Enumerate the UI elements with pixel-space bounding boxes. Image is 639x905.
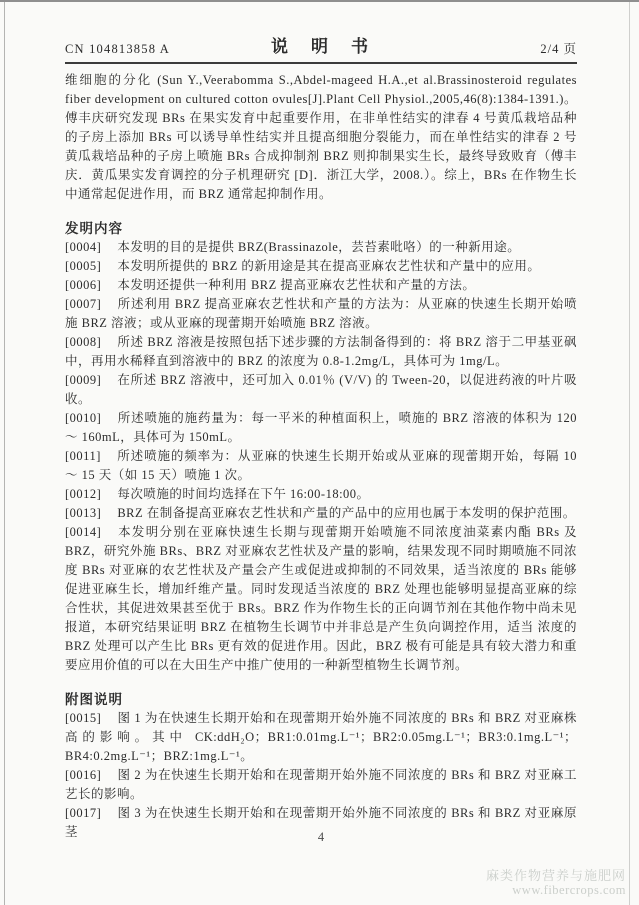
paragraph-0012: [0012]每次喷施的时间均选择在下午 16:00-18:00。: [65, 485, 577, 504]
paragraph-0010: [0010]所述喷施的施药量为：每一平米的种植面积上，喷施的 BRZ 溶液的体积…: [65, 409, 577, 447]
paragraph-text: 本发明所提供的 BRZ 的新用途是其在提高亚麻农艺性状和产量中的应用。: [117, 259, 540, 273]
document-body: 维细胞的分化 (Sun Y.,Veerabomma S.,Abdel-magee…: [65, 71, 577, 842]
page-content: CN 104813858 A 说 明 书 2/4 页 维细胞的分化 (Sun Y…: [65, 32, 577, 842]
paragraph-text: BRZ 在制备提高亚麻农艺性状和产量的产品中的应用也属于本发明的保护范围。: [117, 506, 575, 520]
paragraph-number: [0013]: [65, 506, 101, 520]
paragraph-0007: [0007]所述利用 BRZ 提高亚麻农艺性状和产量的方法为：从亚麻的快速生长期…: [65, 295, 577, 333]
paragraph-number: [0011]: [65, 449, 101, 463]
paragraph-text: 本发明分别在亚麻快速生长期与现蕾期开始喷施不同浓度油菜素内酯 BRs 及 BRZ…: [65, 525, 577, 672]
watermark: 麻类作物营养与施肥网 www.fibercrops.com: [486, 868, 626, 898]
paragraph-0005: [0005]本发明所提供的 BRZ 的新用途是其在提高亚麻农艺性状和产量中的应用…: [65, 257, 577, 276]
paragraph-number: [0008]: [65, 335, 101, 349]
paragraph-text: 每次喷施的时间均选择在下午 16:00-18:00。: [117, 487, 369, 501]
paragraph-number: [0015]: [65, 711, 101, 725]
paragraph-0013: [0013]BRZ 在制备提高亚麻农艺性状和产量的产品中的应用也属于本发明的保护…: [65, 504, 577, 523]
paragraph-number: [0006]: [65, 278, 101, 292]
document-title: 说 明 书: [271, 32, 371, 57]
watermark-site-name: 麻类作物营养与施肥网: [486, 868, 626, 883]
paragraph-text: 所述喷施的施药量为：每一平米的种植面积上，喷施的 BRZ 溶液的体积为 120 …: [65, 411, 577, 444]
paragraph-0011: [0011]所述喷施的频率为：从亚麻的快速生长期开始或从亚麻的现蕾期开始，每隔 …: [65, 447, 577, 485]
paragraph-text: 本发明还提供一种利用 BRZ 提高亚麻农艺性状和产量的方法。: [117, 278, 475, 292]
page-header: CN 104813858 A 说 明 书 2/4 页: [65, 32, 577, 64]
paragraph-0016: [0016]图 2 为在快速生长期开始和在现蕾期开始外施不同浓度的 BRs 和 …: [65, 766, 577, 804]
paragraph-text: 在所述 BRZ 溶液中，还可加入 0.01％ (V/V) 的 Tween-20，…: [65, 373, 577, 406]
paragraph-0015: [0015]图 1 为在快速生长期开始和在现蕾期开始外施不同浓度的 BRs 和 …: [65, 709, 577, 766]
paragraph-0014: [0014]本发明分别在亚麻快速生长期与现蕾期开始喷施不同浓度油菜素内酯 BRs…: [65, 523, 577, 675]
paragraph-text: 图 2 为在快速生长期开始和在现蕾期开始外施不同浓度的 BRs 和 BRZ 对亚…: [65, 768, 577, 801]
document-number: CN 104813858 A: [65, 42, 271, 57]
paragraph-text: 所述喷施的频率为：从亚麻的快速生长期开始或从亚麻的现蕾期开始，每隔 10 ～ 1…: [65, 449, 577, 482]
paragraph-number: [0010]: [65, 411, 101, 425]
patent-document-page: CN 104813858 A 说 明 书 2/4 页 维细胞的分化 (Sun Y…: [0, 0, 639, 905]
section-heading-figure-description: 附图说明: [65, 690, 577, 709]
page-number: 4: [65, 830, 577, 845]
paragraph-number: [0014]: [65, 525, 101, 539]
paragraph-0006: [0006]本发明还提供一种利用 BRZ 提高亚麻农艺性状和产量的方法。: [65, 276, 577, 295]
scan-edge-left: [4, 2, 5, 905]
paragraph-number: [0007]: [65, 297, 101, 311]
paragraph-number: [0004]: [65, 240, 101, 254]
paragraph-text: 所述 BRZ 溶液是按照包括下述步骤的方法制备得到的：将 BRZ 溶于二甲基亚砜…: [65, 335, 577, 368]
paragraph-text: 所述利用 BRZ 提高亚麻农艺性状和产量的方法为：从亚麻的快速生长期开始喷施 B…: [65, 297, 577, 330]
paragraph-number: [0005]: [65, 259, 101, 273]
paragraph-number: [0017]: [65, 806, 101, 820]
paragraph-0009: [0009]在所述 BRZ 溶液中，还可加入 0.01％ (V/V) 的 Twe…: [65, 371, 577, 409]
page-indicator: 2/4 页: [371, 39, 577, 57]
paragraph-number: [0012]: [65, 487, 101, 501]
paragraph-number: [0016]: [65, 768, 101, 782]
paragraph-0008: [0008]所述 BRZ 溶液是按照包括下述步骤的方法制备得到的：将 BRZ 溶…: [65, 333, 577, 371]
paragraph-text: 本发明的目的是提供 BRZ(Brassinazole，芸苔素吡咯）的一种新用途。: [117, 240, 520, 254]
paragraph-0004: [0004]本发明的目的是提供 BRZ(Brassinazole，芸苔素吡咯）的…: [65, 238, 577, 257]
watermark-site-url: www.fibercrops.com: [486, 883, 626, 898]
section-heading-invention-content: 发明内容: [65, 219, 577, 238]
continued-paragraph: 维细胞的分化 (Sun Y.,Veerabomma S.,Abdel-magee…: [65, 71, 577, 204]
paragraph-text: 图 1 为在快速生长期开始和在现蕾期开始外施不同浓度的 BRs 和 BRZ 对亚…: [65, 711, 577, 763]
paragraph-number: [0009]: [65, 373, 101, 387]
scan-edge-right: [629, 2, 630, 905]
